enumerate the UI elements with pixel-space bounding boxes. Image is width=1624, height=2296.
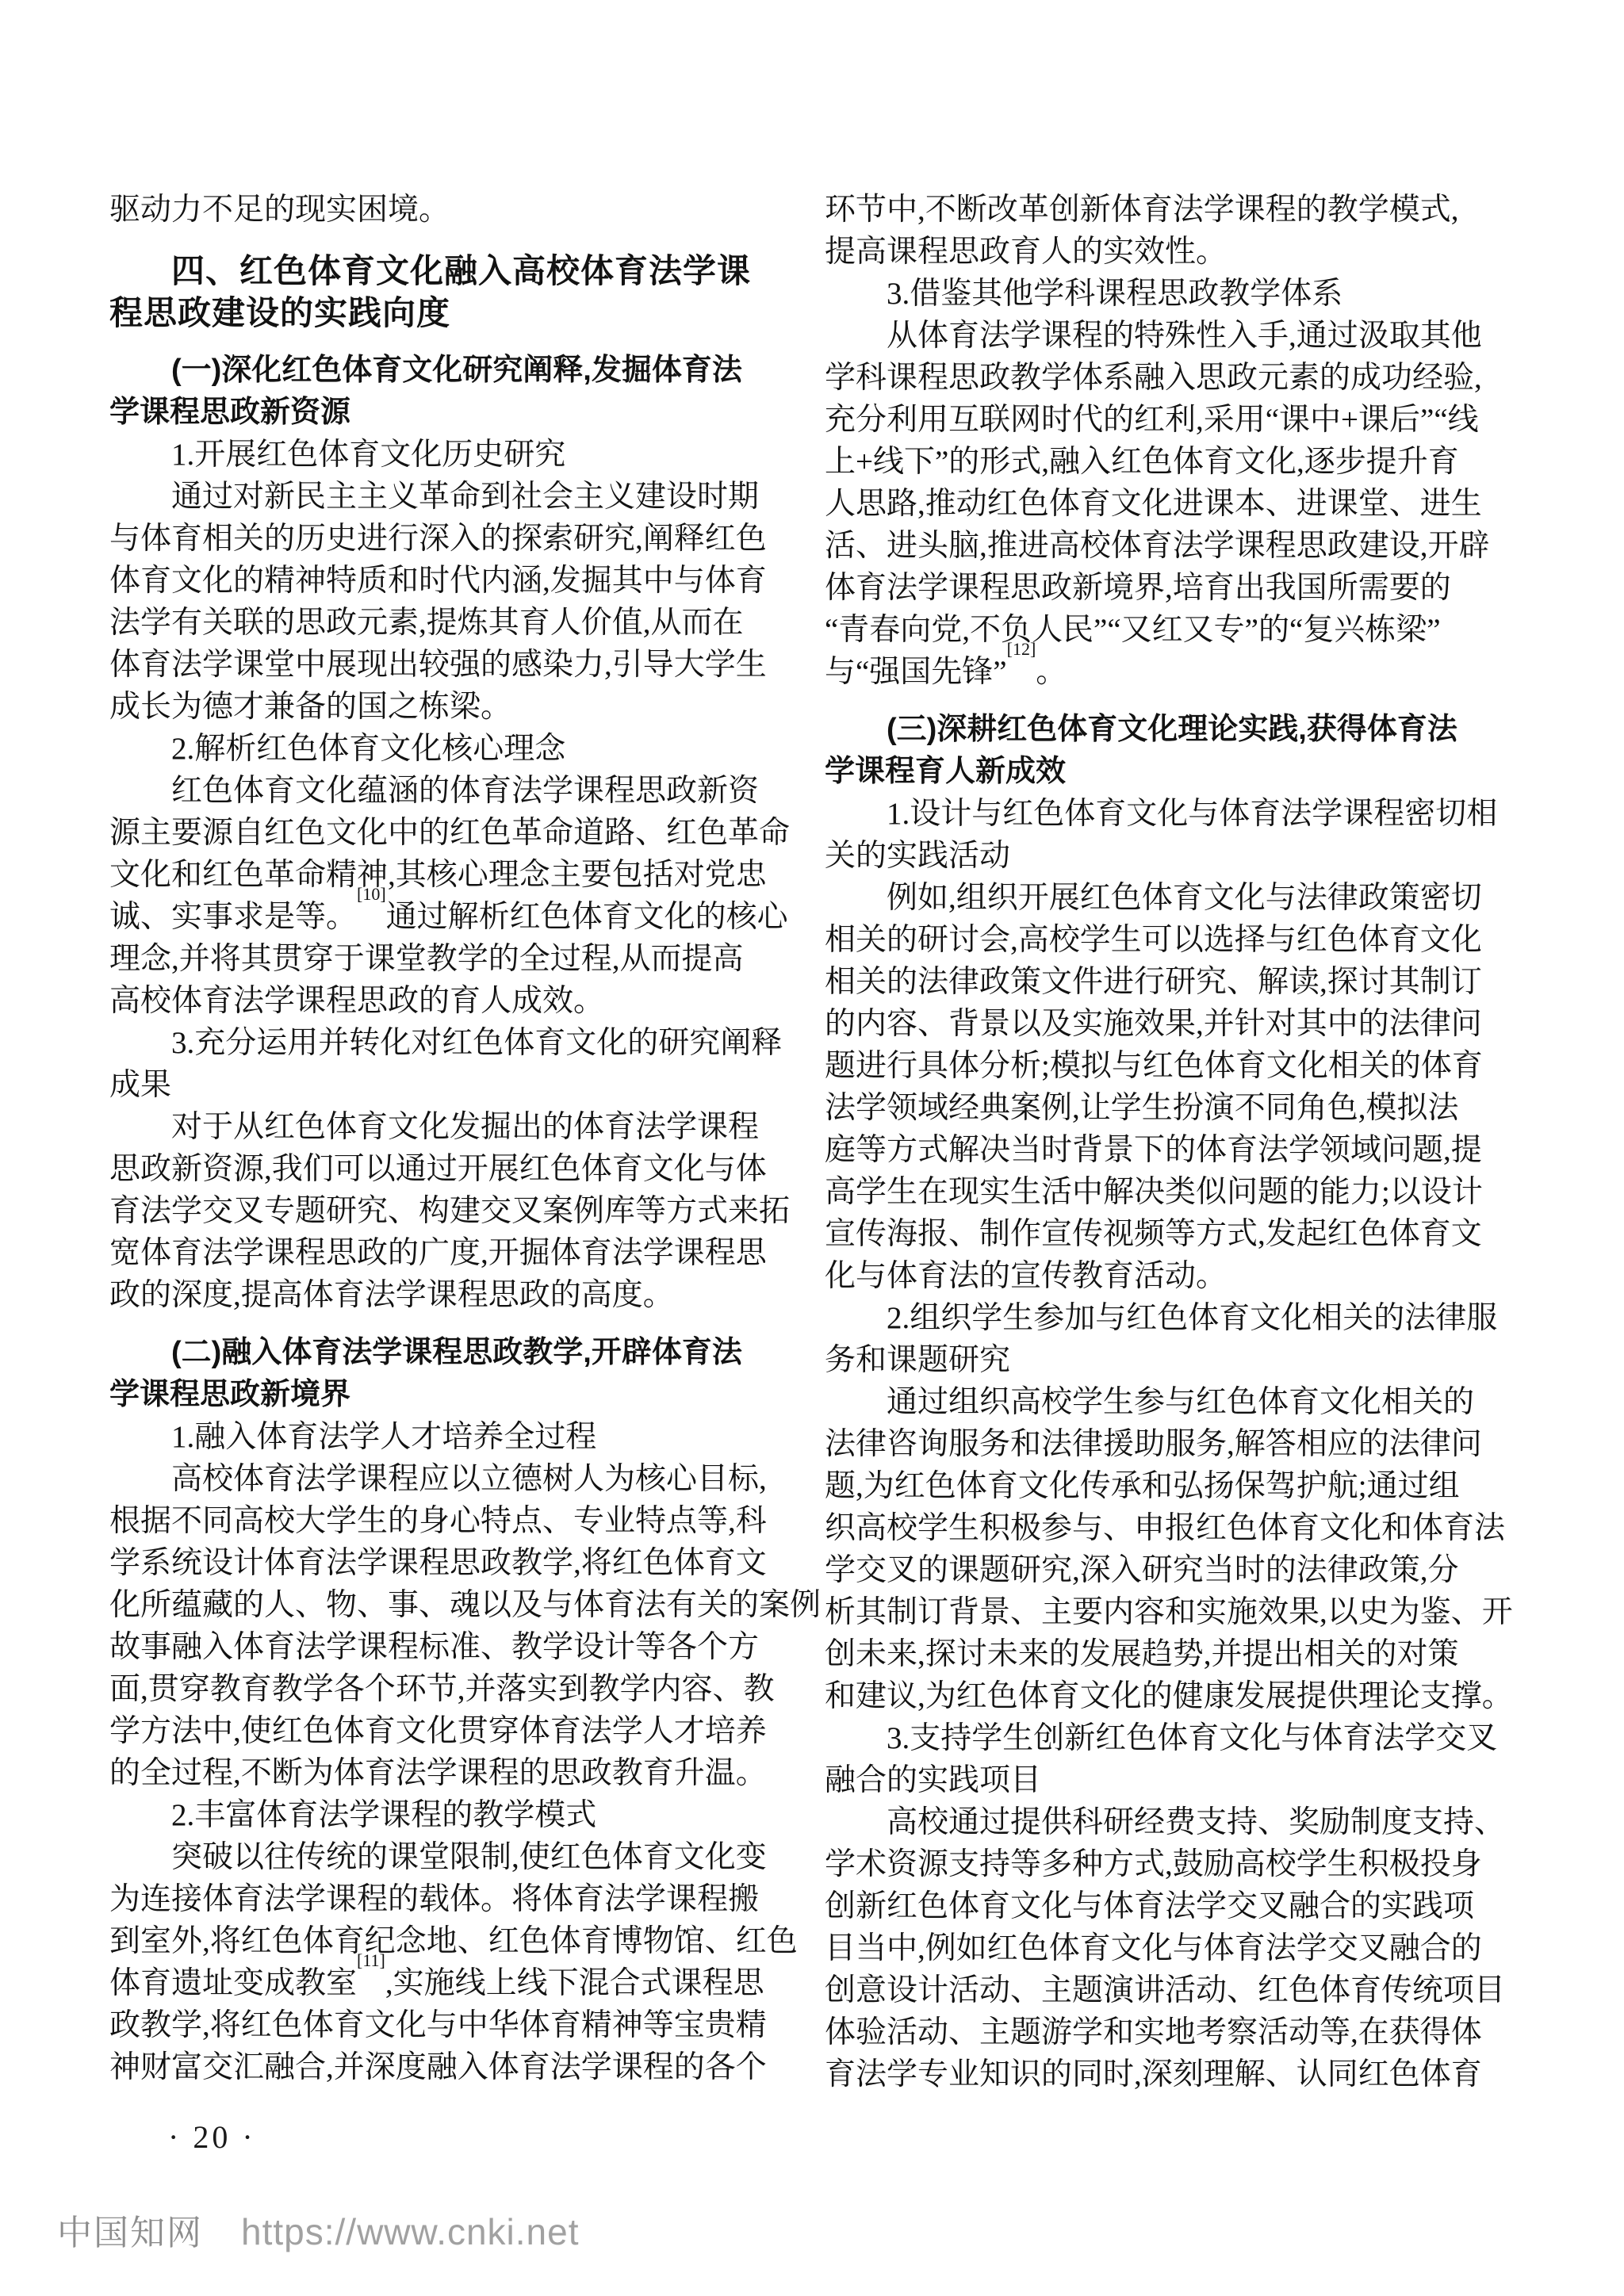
text-line: 高校体育法学课程应以立德树人为核心目标,: [109, 1458, 796, 1500]
subsection-heading: (二)融入体育法学课程思政教学,开辟体育法学课程思政新境界: [109, 1332, 796, 1416]
cnki-logo: 中国知网: [57, 2204, 203, 2255]
text-line: 学课程育人新成效: [825, 751, 1511, 793]
text-line: 与“强国先锋”[12]。: [825, 651, 1511, 693]
text-line: 体育遗址变成教室[11],实施线上线下混合式课程思: [109, 1962, 796, 2004]
column-left: 驱动力不足的现实困境。四、红色体育文化融入高校体育法学课程思政建设的实践向度(一…: [109, 189, 796, 2088]
text-line: 融合的实践项目: [825, 1759, 1511, 1801]
text-line: 例如,组织开展红色体育文化与法律政策密切: [825, 877, 1511, 919]
text-line: 2.解析红色体育文化核心理念: [109, 728, 796, 770]
text-line: 政教学,将红色体育文化与中华体育精神等宝贵精: [109, 2004, 796, 2046]
text-line: 和建议,为红色体育文化的健康发展提供理论支撑。: [825, 1675, 1511, 1717]
paragraph: 高校体育法学课程应以立德树人为核心目标,根据不同高校大学生的身心特点、专业特点等…: [109, 1458, 796, 1794]
subsection-heading: (三)深耕红色体育文化理论实践,获得体育法学课程育人新成效: [825, 709, 1511, 793]
text-line: 织高校学生积极参与、申报红色体育文化和体育法: [825, 1507, 1511, 1549]
paragraph: 突破以往传统的课堂限制,使红色体育文化变为连接体育法学课程的载体。将体育法学课程…: [109, 1836, 796, 2088]
text-line: 3.借鉴其他学科课程思政教学体系: [825, 273, 1511, 315]
text-line: 法学领域经典案例,让学生扮演不同角色,模拟法: [825, 1087, 1511, 1129]
paragraph: 1.设计与红色体育文化与体育法学课程密切相关的实践活动: [825, 793, 1511, 877]
text-line: 相关的研讨会,高校学生可以选择与红色体育文化: [825, 919, 1511, 961]
text-line: 源主要源自红色文化中的红色革命道路、红色革命: [109, 812, 796, 854]
reference-superscript: [11]: [357, 1950, 385, 1970]
text-line: 文化和红色革命精神,其核心理念主要包括对党忠: [109, 854, 796, 896]
text-line: 创未来,探讨未来的发展趋势,并提出相关的对策: [825, 1633, 1511, 1675]
text-line: 突破以往传统的课堂限制,使红色体育文化变: [109, 1836, 796, 1878]
text-line: 目当中,例如红色体育文化与体育法学交叉融合的: [825, 1927, 1511, 1969]
cnki-footer: 中国知网 https://www.cnki.net: [57, 2204, 580, 2255]
text-line: 体验活动、主题游学和实地考察活动等,在获得体: [825, 2011, 1511, 2053]
text-line: 学方法中,使红色体育文化贯穿体育法学人才培养: [109, 1710, 796, 1752]
text-line: 体育法学课堂中展现出较强的感染力,引导大学生: [109, 644, 796, 686]
paragraph: 从体育法学课程的特殊性入手,通过汲取其他学科课程思政教学体系融入思政元素的成功经…: [825, 315, 1511, 693]
paragraph: 3.支持学生创新红色体育文化与体育法学交叉融合的实践项目: [825, 1717, 1511, 1801]
text-line: 驱动力不足的现实困境。: [109, 189, 796, 231]
text-line: 环节中,不断改革创新体育法学课程的教学模式,: [825, 189, 1511, 231]
section-heading: 四、红色体育文化融入高校体育法学课程思政建设的实践向度: [109, 250, 796, 334]
text-line: 创新红色体育文化与体育法学交叉融合的实践项: [825, 1885, 1511, 1927]
text-line: 面,贯穿教育教学各个环节,并落实到教学内容、教: [109, 1668, 796, 1710]
text-line: 人思路,推动红色体育文化进课本、进课堂、进生: [825, 483, 1511, 525]
text-line: 体育文化的精神特质和时代内涵,发掘其中与体育: [109, 560, 796, 602]
text-line: 思政新资源,我们可以通过开展红色体育文化与体: [109, 1148, 796, 1190]
text-line: 1.开展红色体育文化历史研究: [109, 434, 796, 476]
paragraph: 2.组织学生参加与红色体育文化相关的法律服务和课题研究: [825, 1297, 1511, 1381]
text-line: 红色体育文化蕴涵的体育法学课程思政新资: [109, 770, 796, 812]
text-line: 育法学交叉专题研究、构建交叉案例库等方式来拓: [109, 1190, 796, 1232]
text-line: 高学生在现实生活中解决类似问题的能力;以设计: [825, 1171, 1511, 1213]
text-line: 神财富交汇融合,并深度融入体育法学课程的各个: [109, 2046, 796, 2088]
text-line: 四、红色体育文化融入高校体育法学课: [109, 250, 796, 292]
page-number: · 20 ·: [168, 2118, 256, 2156]
text-line: 务和课题研究: [825, 1339, 1511, 1381]
text-line: 创意设计活动、主题演讲活动、红色体育传统项目: [825, 1969, 1511, 2011]
column-right: 环节中,不断改革创新体育法学课程的教学模式,提高课程思政育人的实效性。3.借鉴其…: [825, 189, 1511, 2095]
text-line: 活、进头脑,推进高校体育法学课程思政建设,开辟: [825, 525, 1511, 567]
text-line: 对于从红色体育文化发掘出的体育法学课程: [109, 1106, 796, 1148]
paragraph: 对于从红色体育文化发掘出的体育法学课程思政新资源,我们可以通过开展红色体育文化与…: [109, 1106, 796, 1316]
text-line: 充分利用互联网时代的红利,采用“课中+课后”“线: [825, 399, 1511, 441]
paragraph: 3.借鉴其他学科课程思政教学体系: [825, 273, 1511, 315]
text-line: 诚、实事求是等。[10]通过解析红色体育文化的核心: [109, 896, 796, 938]
text-line: 1.融入体育法学人才培养全过程: [109, 1416, 796, 1458]
paragraph: 高校通过提供科研经费支持、奖励制度支持、学术资源支持等多种方式,鼓励高校学生积极…: [825, 1801, 1511, 2095]
text-line: 理念,并将其贯穿于课堂教学的全过程,从而提高: [109, 938, 796, 980]
text-line: 学课程思政新资源: [109, 392, 796, 434]
paragraph: 驱动力不足的现实困境。: [109, 189, 796, 231]
paragraph: 1.开展红色体育文化历史研究: [109, 434, 796, 476]
paragraph: 例如,组织开展红色体育文化与法律政策密切相关的研讨会,高校学生可以选择与红色体育…: [825, 877, 1511, 1297]
paragraph: 2.解析红色体育文化核心理念: [109, 728, 796, 770]
text-line: 学科课程思政教学体系融入思政元素的成功经验,: [825, 357, 1511, 399]
text-line: 学交叉的课题研究,深入研究当时的法律政策,分: [825, 1549, 1511, 1591]
text-line: 3.支持学生创新红色体育文化与体育法学交叉: [825, 1717, 1511, 1759]
text-line: 2.组织学生参加与红色体育文化相关的法律服: [825, 1297, 1511, 1339]
text-line: 宽体育法学课程思政的广度,开掘体育法学课程思: [109, 1232, 796, 1274]
text-line: 与体育相关的历史进行深入的探索研究,阐释红色: [109, 518, 796, 560]
paragraph: 环节中,不断改革创新体育法学课程的教学模式,提高课程思政育人的实效性。: [825, 189, 1511, 273]
text-line: 的全过程,不断为体育法学课程的思政教育升温。: [109, 1752, 796, 1794]
paragraph: 1.融入体育法学人才培养全过程: [109, 1416, 796, 1458]
text-line: 题,为红色体育文化传承和弘扬保驾护航;通过组: [825, 1465, 1511, 1507]
text-line: 析其制订背景、主要内容和实施效果,以史为鉴、开: [825, 1591, 1511, 1633]
subsection-heading: (一)深化红色体育文化研究阐释,发掘体育法学课程思政新资源: [109, 350, 796, 434]
text-line: 育法学专业知识的同时,深刻理解、认同红色体育: [825, 2053, 1511, 2095]
paragraph: 红色体育文化蕴涵的体育法学课程思政新资源主要源自红色文化中的红色革命道路、红色革…: [109, 770, 796, 1022]
reference-superscript: [10]: [357, 884, 386, 904]
text-line: 学系统设计体育法学课程思政教学,将红色体育文: [109, 1542, 796, 1584]
text-line: 3.充分运用并转化对红色体育文化的研究阐释: [109, 1022, 796, 1064]
text-line: 高校体育法学课程思政的育人成效。: [109, 980, 796, 1022]
text-line: 化与体育法的宣传教育活动。: [825, 1255, 1511, 1297]
text-line: 提高课程思政育人的实效性。: [825, 231, 1511, 273]
paragraph: 通过组织高校学生参与红色体育文化相关的法律咨询服务和法律援助服务,解答相应的法律…: [825, 1381, 1511, 1717]
text-line: 通过对新民主主义革命到社会主义建设时期: [109, 476, 796, 518]
text-line: 关的实践活动: [825, 835, 1511, 877]
text-line: 2.丰富体育法学课程的教学模式: [109, 1794, 796, 1836]
text-line: 学术资源支持等多种方式,鼓励高校学生积极投身: [825, 1843, 1511, 1885]
text-line: 从体育法学课程的特殊性入手,通过汲取其他: [825, 315, 1511, 357]
text-line: 故事融入体育法学课程标准、教学设计等各个方: [109, 1626, 796, 1668]
cnki-url: https://www.cnki.net: [241, 2210, 580, 2253]
paragraph: 2.丰富体育法学课程的教学模式: [109, 1794, 796, 1836]
paragraph: 通过对新民主主义革命到社会主义建设时期与体育相关的历史进行深入的探索研究,阐释红…: [109, 476, 796, 728]
text-line: 1.设计与红色体育文化与体育法学课程密切相: [825, 793, 1511, 835]
text-line: 法学有关联的思政元素,提炼其育人价值,从而在: [109, 602, 796, 644]
text-line: 成果: [109, 1064, 796, 1106]
text-line: 题进行具体分析;模拟与红色体育文化相关的体育: [825, 1045, 1511, 1087]
paragraph: 3.充分运用并转化对红色体育文化的研究阐释成果: [109, 1022, 796, 1106]
text-line: 的内容、背景以及实施效果,并针对其中的法律问: [825, 1003, 1511, 1045]
text-line: 学课程思政新境界: [109, 1374, 796, 1416]
text-line: 高校通过提供科研经费支持、奖励制度支持、: [825, 1801, 1511, 1843]
text-line: (二)融入体育法学课程思政教学,开辟体育法: [109, 1332, 796, 1374]
text-line: 上+线下”的形式,融入红色体育文化,逐步提升育: [825, 441, 1511, 483]
text-line: (三)深耕红色体育文化理论实践,获得体育法: [825, 709, 1511, 751]
text-line: 政的深度,提高体育法学课程思政的高度。: [109, 1274, 796, 1316]
text-line: (一)深化红色体育文化研究阐释,发掘体育法: [109, 350, 796, 392]
text-line: 根据不同高校大学生的身心特点、专业特点等,科: [109, 1500, 796, 1542]
reference-superscript: [12]: [1007, 639, 1036, 659]
text-line: 相关的法律政策文件进行研究、解读,探讨其制订: [825, 961, 1511, 1003]
text-line: 法律咨询服务和法律援助服务,解答相应的法律问: [825, 1423, 1511, 1465]
text-line: 通过组织高校学生参与红色体育文化相关的: [825, 1381, 1511, 1423]
document-page: 驱动力不足的现实困境。四、红色体育文化融入高校体育法学课程思政建设的实践向度(一…: [0, 0, 1624, 2296]
text-line: 宣传海报、制作宣传视频等方式,发起红色体育文: [825, 1213, 1511, 1255]
text-line: 庭等方式解决当时背景下的体育法学领域问题,提: [825, 1129, 1511, 1171]
text-line: 到室外,将红色体育纪念地、红色体育博物馆、红色: [109, 1920, 796, 1962]
text-line: 成长为德才兼备的国之栋梁。: [109, 686, 796, 728]
text-line: 为连接体育法学课程的载体。将体育法学课程搬: [109, 1878, 796, 1920]
text-line: 程思政建设的实践向度: [109, 292, 796, 334]
text-line: “青春向党,不负人民”“又红又专”的“复兴栋梁”: [825, 609, 1511, 651]
text-line: 体育法学课程思政新境界,培育出我国所需要的: [825, 567, 1511, 609]
text-line: 化所蕴藏的人、物、事、魂以及与体育法有关的案例: [109, 1584, 796, 1626]
